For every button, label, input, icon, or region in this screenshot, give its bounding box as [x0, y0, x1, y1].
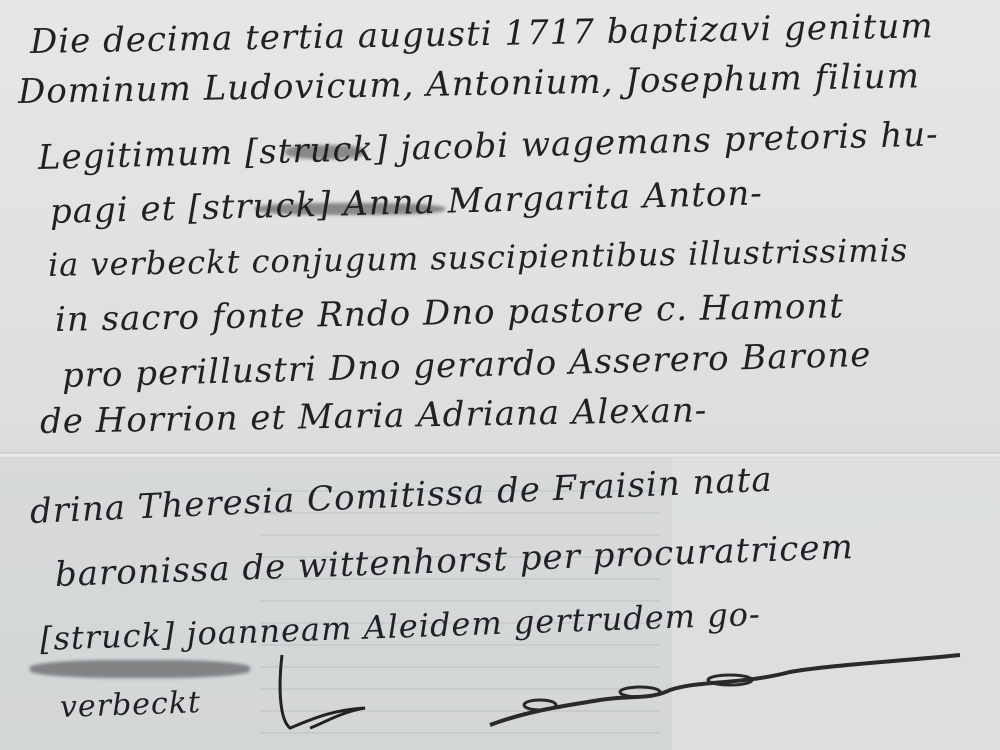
strike-out-blot	[30, 660, 250, 678]
manuscript-line-12: verbeckt	[59, 685, 201, 725]
signature-paraph-flourish	[270, 650, 970, 740]
